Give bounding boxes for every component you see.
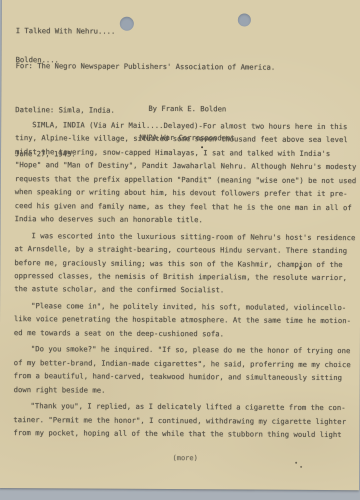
paper-speck <box>295 462 297 464</box>
body-line: India who deserves such an honorable tit… <box>15 212 359 228</box>
body-line: down right beside me. <box>14 383 358 399</box>
punch-hole-left <box>120 17 134 31</box>
recipient-line: For: The Negro Newspaper Publishers' Ass… <box>16 59 276 75</box>
body-line: at Arnsdelle, by a straight-bearing, cou… <box>14 242 358 258</box>
body-paragraph: SIMLA, INDIA (Via Air Mail....Delayed)-F… <box>15 118 360 228</box>
body-paragraph: "Do you smoke?" he inquired. "If so, ple… <box>14 342 358 398</box>
body-line: "Thank you", I replied, as I delicately … <box>13 399 357 415</box>
body-paragraph: "Please come in", he politely invited, h… <box>14 299 358 341</box>
body-line: from my pocket, hoping all of the while … <box>13 426 357 442</box>
punch-hole-right <box>238 13 251 26</box>
byline-author: By Frank E. Bolden <box>1 103 360 115</box>
body-line: ed me towards a seat on the deep-cushion… <box>14 326 358 342</box>
paper-speck <box>299 267 301 270</box>
more-indicator: (more) <box>0 453 360 463</box>
paper-speck <box>300 466 302 468</box>
article-body: SIMLA, INDIA (Via Air Mail....Delayed)-F… <box>13 118 359 445</box>
paper-speck <box>201 146 203 148</box>
typed-manuscript-page: I Talked With Nehru.... Bolden.... For: … <box>0 0 360 490</box>
body-paragraph: "Thank you", I replied, as I delicately … <box>13 399 357 441</box>
body-line: the astute scholar, and the confirmed So… <box>14 283 358 299</box>
body-paragraph: I was escorted into the luxurious sittin… <box>14 229 358 298</box>
